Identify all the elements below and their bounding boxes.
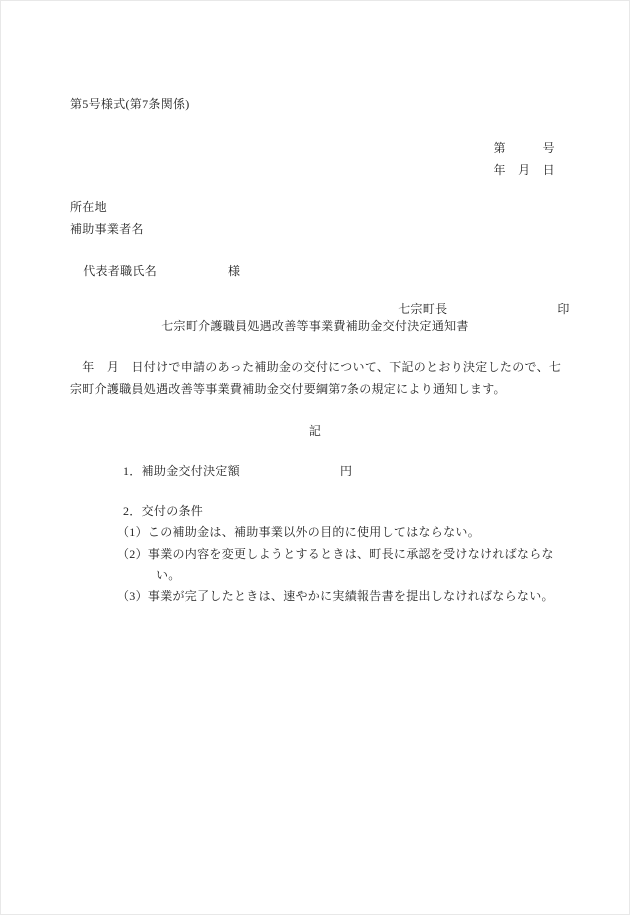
address-label: 所在地 [70,197,107,217]
item1-unit-yen: 円 [340,461,352,481]
mayor-title: 七宗町長 [398,302,447,316]
document-number: 第 号 [493,138,555,158]
date-line: 年 月 日 [493,160,555,180]
representative-label: 代表者職氏名 [83,264,157,278]
condition-1: （1）この補助金は、補助事業以外の目的に使用してはならない。 [117,522,480,542]
note-marker: 記 [0,421,630,441]
body-line-2: 宗町介護職員処遇改善等事業費補助金交付要綱第7条の規定により通知します。 [70,379,506,399]
condition-2-line1: （2）事業の内容を変更しようとするときは、町長に承認を受けなければならな [117,544,554,564]
representative-line: 代表者職氏名様 [70,241,240,301]
condition-3: （3）事業が完了したときは、速やかに実績報告書を提出しなければならない。 [117,586,554,606]
item2-label: 2．交付の条件 [123,501,203,521]
body-line-1: 年 月 日付けで申請のあった補助金の交付について、下記のとおり決定したので、七 [70,357,561,377]
form-number: 第5号様式(第7条関係) [70,94,190,114]
seal-mark: 印 [557,302,569,316]
item1-label: 1．補助金交付決定額 [123,461,240,481]
honorific-sama: 様 [228,264,240,278]
business-name-label: 補助事業者名 [70,219,144,239]
condition-2-line2: い。 [156,565,181,585]
document-title: 七宗町介護職員処遇改善等事業費補助金交付決定通知書 [0,316,630,336]
document-page: 第5号様式(第7条関係) 第 号 年 月 日 所在地 補助事業者名 代表者職氏名… [0,0,630,915]
